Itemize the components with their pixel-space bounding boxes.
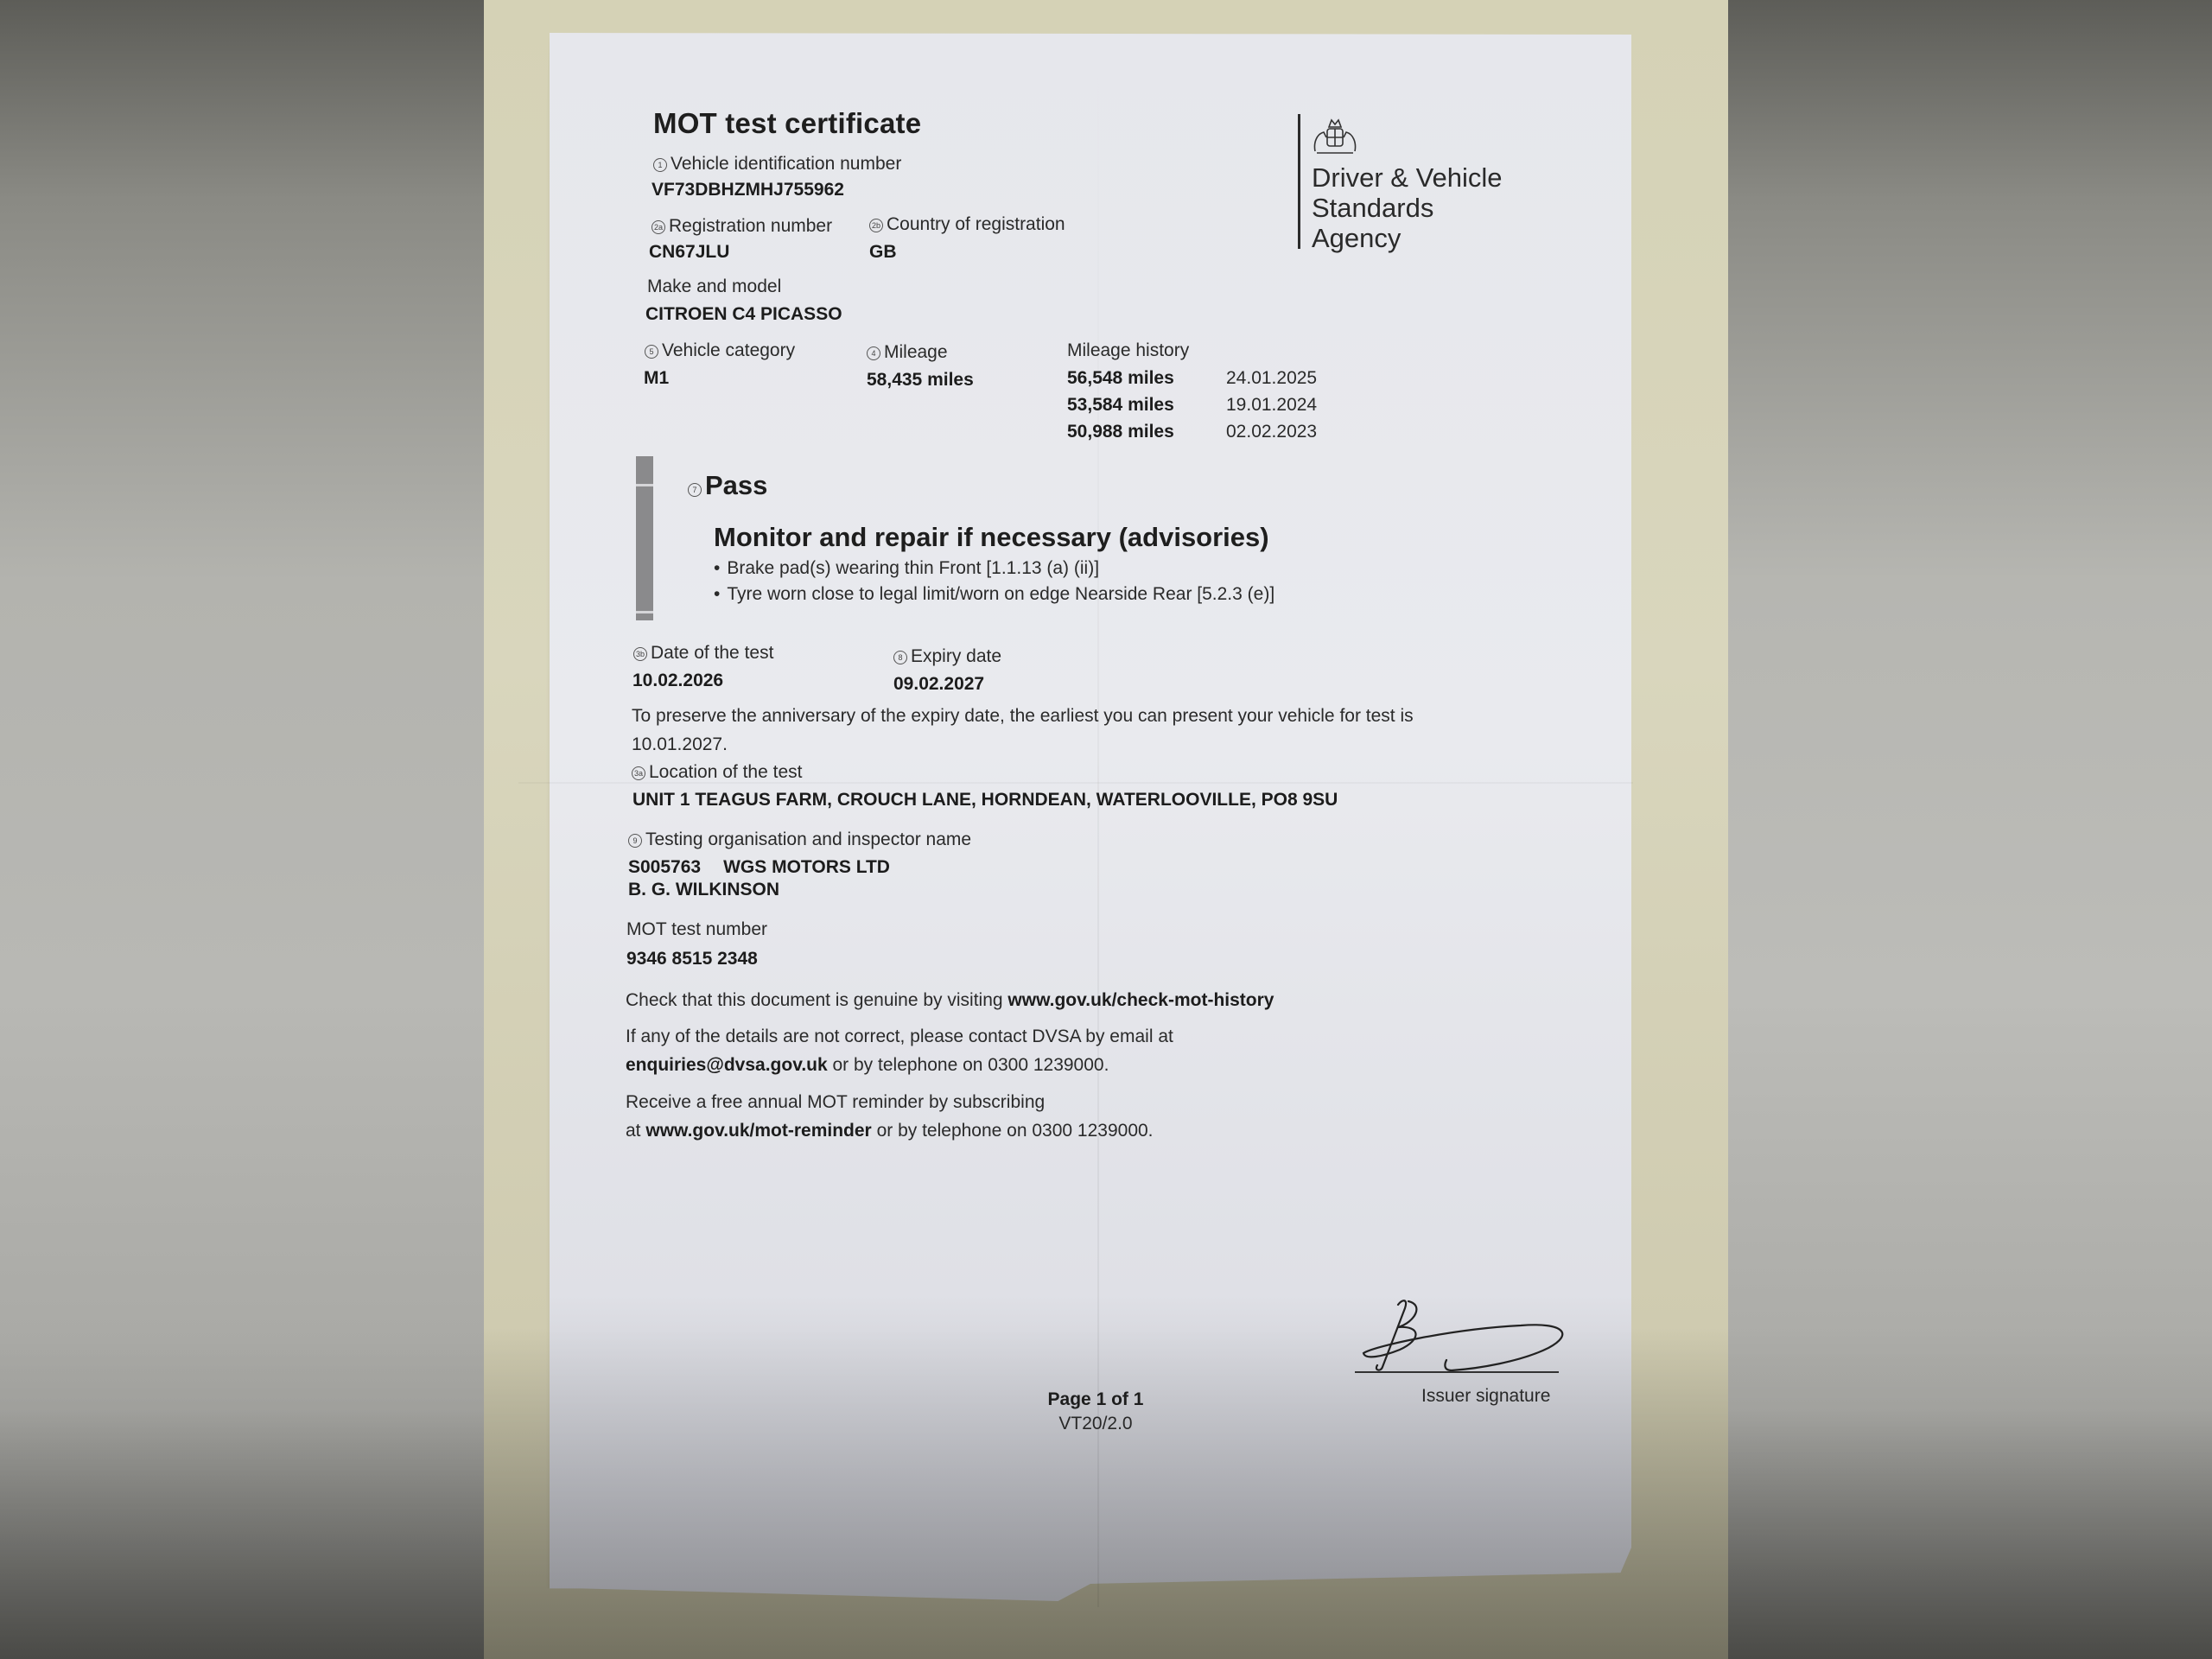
field-marker: 3b [633, 647, 647, 661]
field-marker: 8 [893, 651, 907, 664]
location-value: UNIT 1 TEAGUS FARM, CROUCH LANE, HORNDEA… [632, 790, 1338, 810]
pass-status: Pass [705, 470, 767, 500]
test-date-label-text: Date of the test [651, 643, 773, 663]
test-date-value: 10.02.2026 [632, 671, 723, 691]
mileage-history-label: Mileage history [1067, 340, 1189, 361]
logo-divider [1298, 114, 1300, 249]
make-model-label: Make and model [647, 276, 781, 297]
result-status: 7Pass [688, 470, 767, 501]
anniversary-note: To preserve the anniversary of the expir… [632, 702, 1414, 759]
country-label-text: Country of registration [887, 214, 1065, 234]
reminder-suffix: or by telephone on 0300 1239000. [872, 1121, 1154, 1141]
mileage-history-list: 56,548 miles 24.01.2025 53,584 miles 19.… [1067, 368, 1317, 448]
mileage-label-text: Mileage [884, 342, 948, 362]
mileage-history-row: 53,584 miles 19.01.2024 [1067, 395, 1317, 422]
mot-reminder-link[interactable]: www.gov.uk/mot-reminder [645, 1121, 871, 1141]
signature-line [1355, 1371, 1559, 1373]
mileage-history-row: 56,548 miles 24.01.2025 [1067, 368, 1317, 395]
category-label-text: Vehicle category [662, 340, 795, 360]
agency-name: Driver & Vehicle Standards Agency [1312, 162, 1503, 253]
advisories-title: Monitor and repair if necessary (advisor… [714, 522, 1269, 553]
organisation-label: 9Testing organisation and inspector name [628, 829, 971, 850]
field-marker: 3a [632, 766, 645, 780]
history-date: 02.02.2023 [1226, 422, 1317, 448]
registration-value: CN67JLU [649, 242, 729, 263]
page-number: Page 1 of 1 [1035, 1389, 1156, 1410]
reminder-notice: Receive a free annual MOT reminder by su… [626, 1088, 1154, 1145]
field-marker: 9 [628, 834, 642, 848]
organisation-value: S005763WGS MOTORS LTD [628, 857, 890, 878]
mileage-value: 58,435 miles [867, 370, 974, 391]
expiry-date-label-text: Expiry date [911, 646, 1001, 666]
issuer-signature [1348, 1287, 1573, 1382]
vin-label-text: Vehicle identification number [671, 154, 901, 174]
test-number-label: MOT test number [626, 919, 767, 940]
organisation-name: WGS MOTORS LTD [723, 857, 890, 877]
organisation-label-text: Testing organisation and inspector name [645, 829, 971, 849]
expiry-date-label: 8Expiry date [893, 646, 1001, 667]
field-marker: 4 [867, 346, 880, 360]
paper-fold [1097, 35, 1099, 1607]
field-marker: 2a [652, 220, 665, 234]
inspector-name: B. G. WILKINSON [628, 880, 779, 900]
signature-label: Issuer signature [1421, 1386, 1550, 1407]
vin-value: VF73DBHZMHJ755962 [652, 180, 844, 200]
history-date: 24.01.2025 [1226, 368, 1317, 395]
registration-label-text: Registration number [669, 216, 832, 236]
result-status-bar [636, 456, 653, 620]
history-miles: 56,548 miles [1067, 368, 1226, 395]
advisory-item: Brake pad(s) wearing thin Front [1.1.13 … [714, 558, 1274, 584]
mileage-history-row: 50,988 miles 02.02.2023 [1067, 422, 1317, 448]
history-miles: 50,988 miles [1067, 422, 1226, 448]
anniversary-note-line2: 10.01.2027. [632, 730, 1414, 759]
advisory-item: Tyre worn close to legal limit/worn on e… [714, 584, 1274, 610]
field-marker: 5 [645, 345, 658, 359]
advisories-list: Brake pad(s) wearing thin Front [1.1.13 … [714, 558, 1274, 610]
test-number-value: 9346 8515 2348 [626, 949, 758, 969]
registration-label: 2aRegistration number [652, 216, 832, 237]
country-label: 2bCountry of registration [869, 214, 1065, 235]
check-prefix: Check that this document is genuine by v… [626, 990, 1007, 1010]
form-code: VT20/2.0 [1035, 1414, 1156, 1434]
royal-crest-icon [1310, 117, 1360, 156]
field-marker: 7 [688, 483, 702, 497]
vin-label: 1Vehicle identification number [653, 154, 901, 175]
field-marker: 1 [653, 158, 667, 172]
category-value: M1 [644, 368, 669, 389]
certificate-title: MOT test certificate [653, 107, 921, 140]
contact-notice: If any of the details are not correct, p… [626, 1022, 1173, 1079]
location-label: 3aLocation of the test [632, 762, 802, 783]
reminder-line1: Receive a free annual MOT reminder by su… [626, 1088, 1154, 1116]
make-model-value: CITROEN C4 PICASSO [645, 304, 842, 325]
reminder-prefix: at [626, 1121, 645, 1141]
page-footer: Page 1 of 1 VT20/2.0 [1035, 1389, 1156, 1434]
blurred-background-left [0, 0, 484, 1659]
field-marker: 2b [869, 219, 883, 232]
contact-email-link[interactable]: enquiries@dvsa.gov.uk [626, 1055, 828, 1075]
blurred-background-right [1728, 0, 2212, 1659]
anniversary-note-line1: To preserve the anniversary of the expir… [632, 702, 1414, 730]
agency-name-line2: Standards [1312, 193, 1503, 223]
mileage-label: 4Mileage [867, 342, 948, 363]
history-date: 19.01.2024 [1226, 395, 1317, 422]
test-date-label: 3bDate of the test [633, 643, 773, 664]
site-number: S005763 [628, 857, 701, 877]
category-label: 5Vehicle category [645, 340, 795, 361]
expiry-date-value: 09.02.2027 [893, 674, 984, 695]
agency-name-line1: Driver & Vehicle [1312, 162, 1503, 193]
check-mot-history-link[interactable]: www.gov.uk/check-mot-history [1007, 990, 1274, 1010]
check-genuine-notice: Check that this document is genuine by v… [626, 986, 1274, 1014]
agency-name-line3: Agency [1312, 223, 1503, 253]
location-label-text: Location of the test [649, 762, 802, 782]
history-miles: 53,584 miles [1067, 395, 1226, 422]
contact-line1: If any of the details are not correct, p… [626, 1022, 1173, 1051]
contact-suffix: or by telephone on 0300 1239000. [828, 1055, 1109, 1075]
country-value: GB [869, 242, 897, 263]
